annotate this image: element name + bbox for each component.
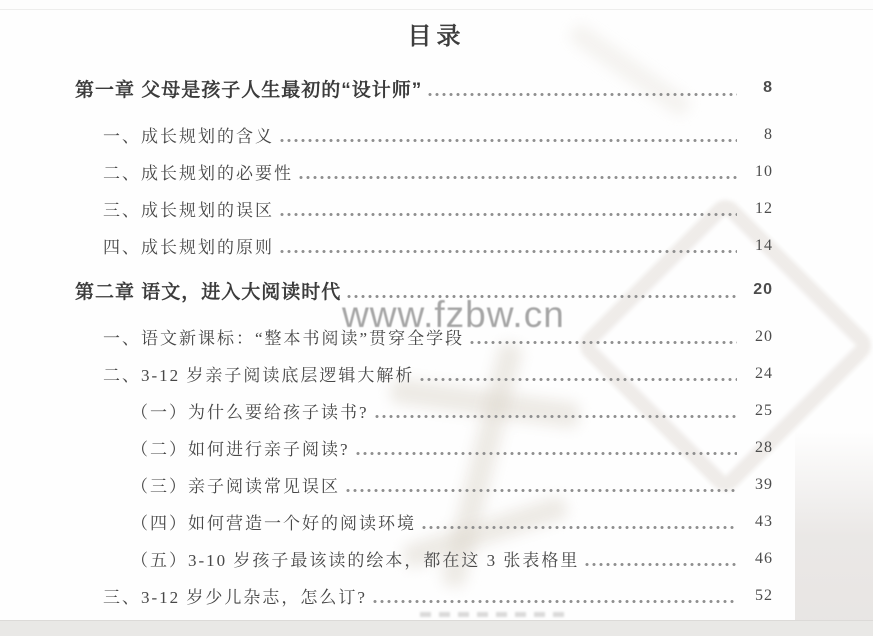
toc-entry-page: 14 [743,237,773,255]
toc-entry: 第一章 父母是孩子人生最初的“设计师” 8 [75,66,773,110]
page-title: 目录 [0,22,873,52]
toc-entry-page: 28 [743,439,773,457]
toc-entry-label: 一、成长规划的含义 [103,122,274,147]
dot-leader [470,341,737,344]
toc-entry-page: 10 [743,163,773,181]
toc-entry-label: （二）如何进行亲子阅读? [131,435,350,460]
dot-leader [422,526,737,529]
toc-entry-label: 四、成长规划的原则 [103,233,274,258]
toc-entry-page: 20 [743,328,773,346]
toc-entry: 二、3-12 岁亲子阅读底层逻辑大解析 24 [75,355,773,392]
toc-entry-label: （四）如何营造一个好的阅读环境 [131,509,416,534]
dot-leader [373,600,737,603]
toc-entry-page: 43 [743,513,773,531]
toc-entry: （三）亲子阅读常见误区 39 [75,466,773,503]
toc-entry-page: 8 [743,79,773,97]
toc-entry-label: （三）亲子阅读常见误区 [131,472,340,497]
toc-entry: （二）如何进行亲子阅读? 28 [75,429,773,466]
toc-entry-page: 46 [743,550,773,568]
dot-leader [585,563,737,566]
toc-entry-page: 8 [743,126,773,144]
dot-leader [299,176,737,179]
toc-entry-label: （一）为什么要给孩子读书? [131,398,369,423]
toc-entry-label: 第二章 语文，进入大阅读时代 [75,277,341,304]
toc-entry-page: 52 [743,587,773,605]
dot-leader [375,415,737,418]
toc-entry-label: 第一章 父母是孩子人生最初的“设计师” [75,75,422,102]
document-page: 目录 第一章 父母是孩子人生最初的“设计师” 8 一、成长规划的含义 8 二、成… [0,0,873,636]
toc-entry-label: 三、成长规划的误区 [103,196,274,221]
toc-entry-label: （五）3-10 岁孩子最该读的绘本，都在这 3 张表格里 [131,546,579,571]
dot-leader [280,250,737,253]
dot-leader [346,489,737,492]
toc-entry-label: 二、3-12 岁亲子阅读底层逻辑大解析 [103,361,414,386]
toc-entry: 三、成长规划的误区 12 [75,190,773,227]
page-bottom-edge [0,620,873,636]
dot-leader [280,213,737,216]
toc-entry-label: 三、3-12 岁少儿杂志，怎么订? [103,583,367,608]
toc-entry-page: 12 [743,200,773,218]
dot-leader [356,452,737,455]
toc-entry-page: 25 [743,402,773,420]
toc-entry: 三、3-12 岁少儿杂志，怎么订? 52 [75,577,773,614]
page-top-edge [0,0,873,10]
dot-leader [420,378,737,381]
page-right-shade [795,431,873,621]
toc-entry-page: 24 [743,365,773,383]
url-watermark: www.fzbw.cn [342,296,565,334]
toc-entry: 一、成长规划的含义 8 [75,116,773,153]
dot-leader [428,93,737,96]
dot-leader [280,139,737,142]
toc-entry: 二、成长规划的必要性 10 [75,153,773,190]
toc-entry: （一）为什么要给孩子读书? 25 [75,392,773,429]
toc-entry: （四）如何营造一个好的阅读环境 43 [75,503,773,540]
toc-entry-page: 39 [743,476,773,494]
toc-entry: （五）3-10 岁孩子最该读的绘本，都在这 3 张表格里 46 [75,540,773,577]
toc-entry-page: 20 [743,281,773,299]
toc-entry-label: 二、成长规划的必要性 [103,159,293,184]
partial-bottom-line [420,612,570,617]
toc-list: 第一章 父母是孩子人生最初的“设计师” 8 一、成长规划的含义 8 二、成长规划… [0,66,873,614]
toc-entry: 四、成长规划的原则 14 [75,227,773,264]
